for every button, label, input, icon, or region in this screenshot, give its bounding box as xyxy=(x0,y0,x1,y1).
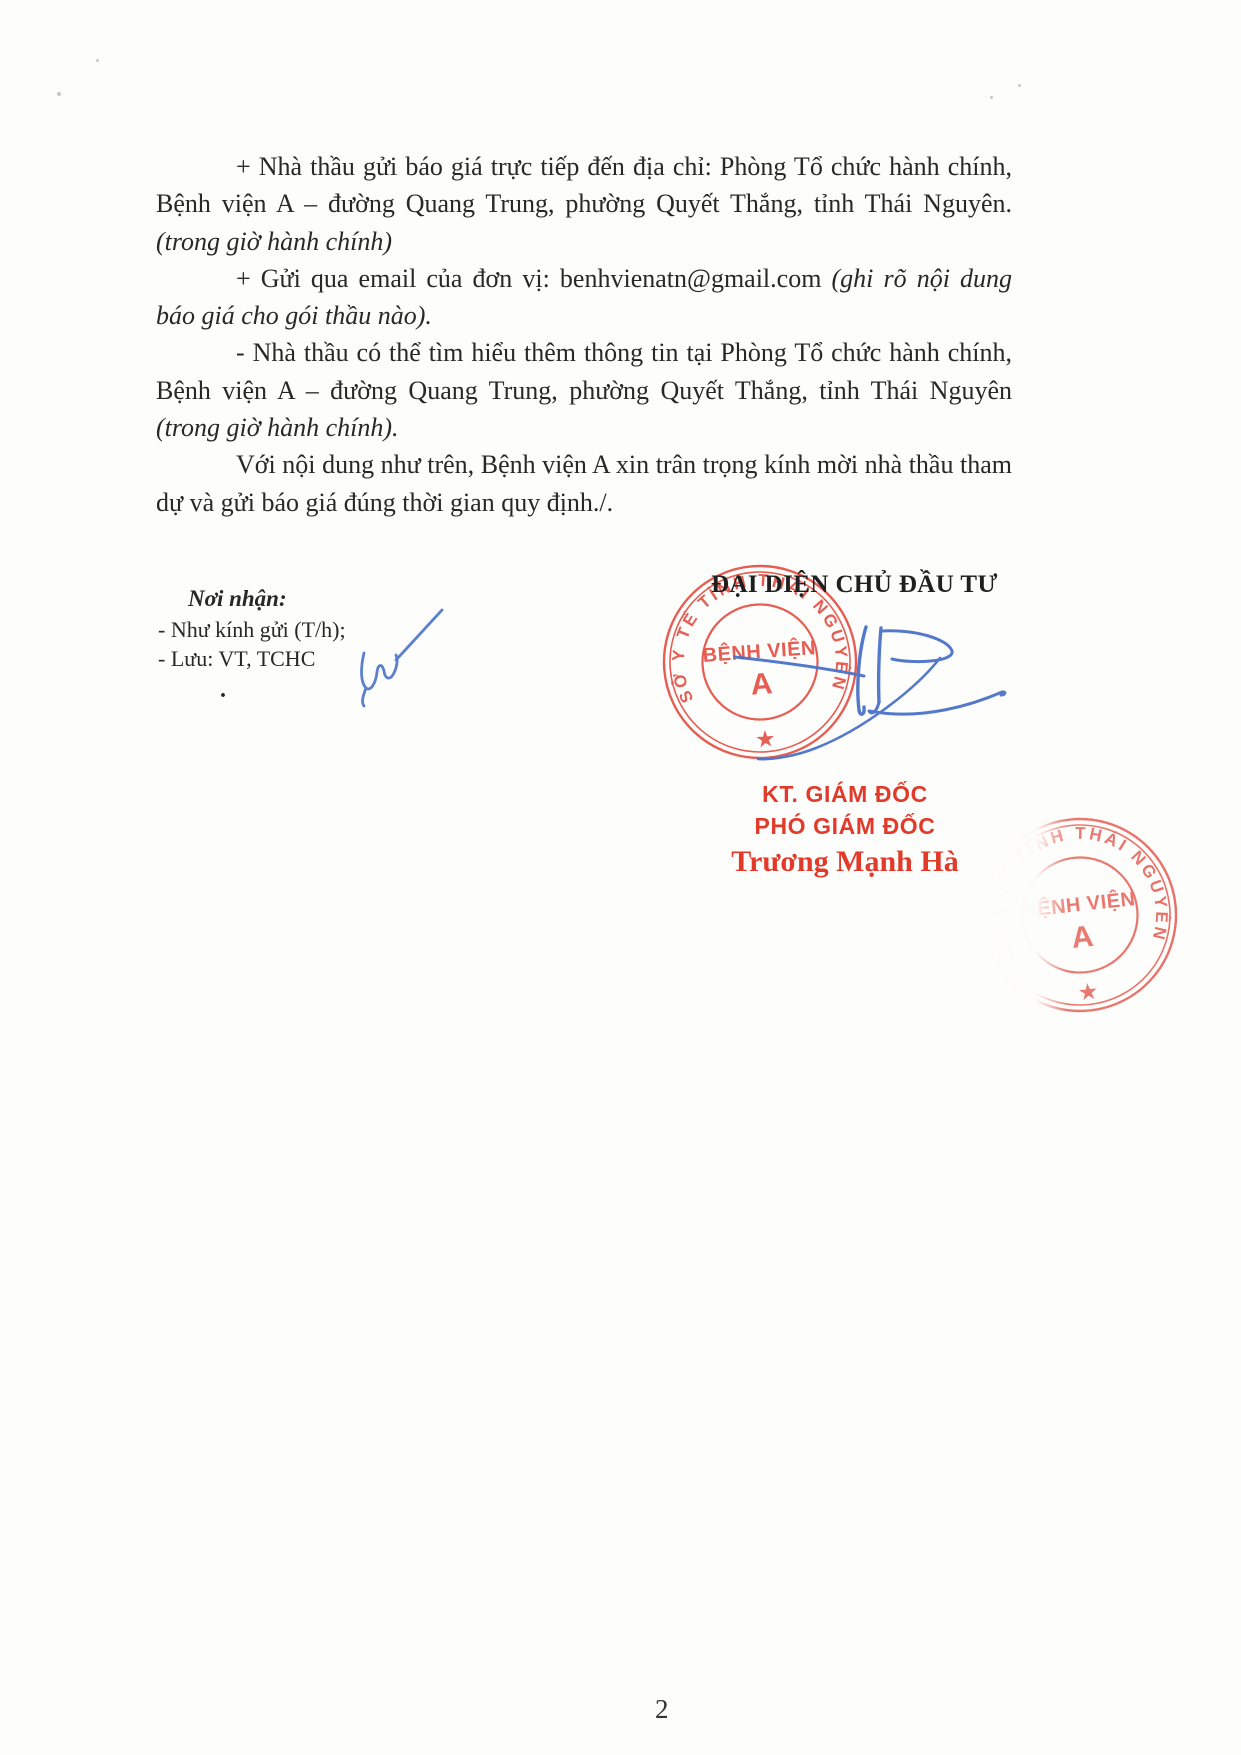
signer-title: KT. GIÁM ĐỐC xyxy=(710,778,980,810)
signer-name: Trương Mạnh Hà xyxy=(710,843,980,881)
recipients-header: Nơi nhận: xyxy=(158,584,346,613)
checkmark-stroke xyxy=(362,653,398,706)
scan-speck xyxy=(57,92,61,96)
scan-speck xyxy=(1018,84,1021,87)
recipient-item: - Như kính gửi (T/h); xyxy=(158,615,346,644)
paragraph-quote-email: + Gửi qua email của đơn vị: benhvienatn@… xyxy=(156,260,1012,335)
signer-block: KT. GIÁM ĐỐC PHÓ GIÁM ĐỐC Trương Mạnh Hà xyxy=(710,778,980,881)
paragraph-note-italic: (trong giờ hành chính) xyxy=(156,227,392,256)
document-body: + Nhà thầu gửi báo giá trực tiếp đến địa… xyxy=(156,148,1012,521)
scan-speck xyxy=(96,59,99,62)
partial-hospital-stamp: SỞ Y TẾ TỈNH THÁI NGUYÊN ★ BỆNH VIỆN A xyxy=(970,805,1190,1025)
scan-speck xyxy=(990,96,993,99)
paragraph-closing: Với nội dung như trên, Bệnh viện A xin t… xyxy=(156,446,1012,521)
scanned-document-page: + Nhà thầu gửi báo giá trực tiếp đến địa… xyxy=(0,0,1241,1755)
signature-stroke xyxy=(879,628,881,702)
stamp-center-text: BỆNH VIỆN xyxy=(1021,886,1136,922)
paragraph-note-italic: (trong giờ hành chính). xyxy=(156,413,399,442)
recipient-item: - Lưu: VT, TCHC xyxy=(158,644,346,673)
paragraph-text: - Nhà thầu có thể tìm hiểu thêm thông ti… xyxy=(156,338,1012,404)
checkmark-stroke xyxy=(396,610,442,660)
signature-stroke xyxy=(735,657,864,676)
paragraph-text: Với nội dung như trên, Bệnh viện A xin t… xyxy=(156,450,1012,516)
signature-stroke xyxy=(858,627,866,714)
star-icon: ★ xyxy=(1078,981,1098,1005)
paragraph-quote-address: + Nhà thầu gửi báo giá trực tiếp đến địa… xyxy=(156,148,1012,260)
signer-title: PHÓ GIÁM ĐỐC xyxy=(710,810,980,842)
paragraph-more-info: - Nhà thầu có thể tìm hiểu thêm thông ti… xyxy=(156,334,1012,446)
recipients-block: Nơi nhận: - Như kính gửi (T/h); - Lưu: V… xyxy=(158,584,346,673)
initials-checkmark xyxy=(330,598,460,713)
paragraph-text: + Gửi qua email của đơn vị: benhvienatn@… xyxy=(236,264,832,293)
investor-representative-heading: ĐẠI DIỆN CHỦ ĐẦU TƯ xyxy=(711,571,998,599)
signature-stroke xyxy=(869,692,1005,714)
paragraph-text: + Nhà thầu gửi báo giá trực tiếp đến địa… xyxy=(156,152,1012,218)
stamp-center-letter: A xyxy=(1070,920,1095,955)
signature-stroke xyxy=(881,631,952,662)
stray-dot: . xyxy=(220,676,226,705)
page-number: 2 xyxy=(655,1694,669,1725)
